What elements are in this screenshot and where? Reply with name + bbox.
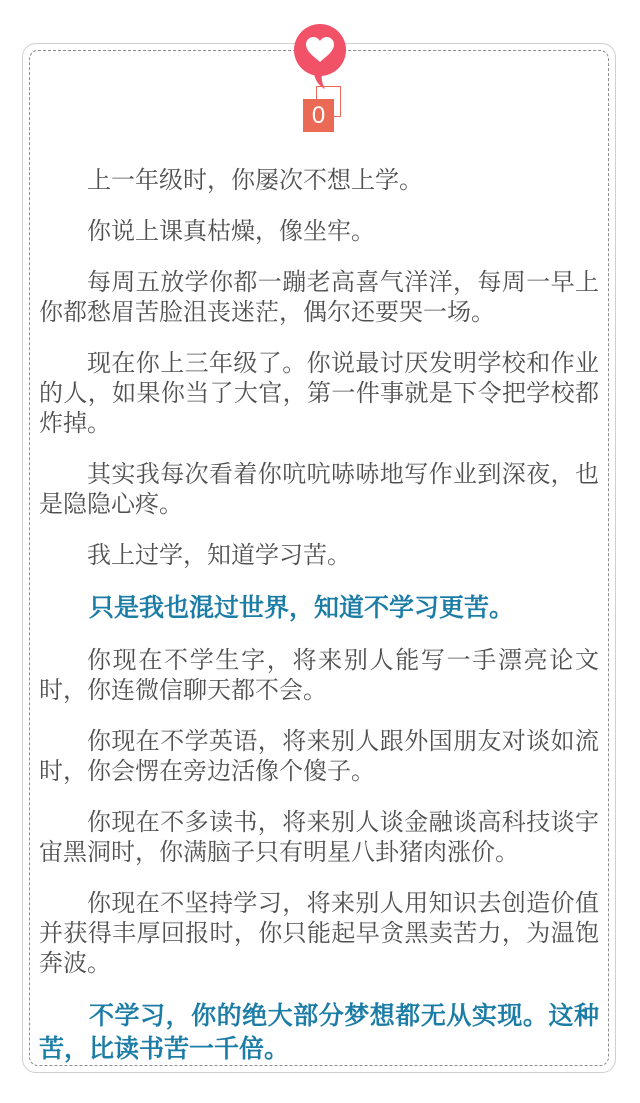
chapter-badge: 0 bbox=[303, 86, 341, 132]
paragraph: 我上过学，知道学习苦。 bbox=[39, 541, 599, 571]
paragraph: 你说上课真枯燥，像坐牢。 bbox=[39, 217, 599, 247]
paragraph: 你现在不学英语，将来别人跟外国朋友对谈如流时，你会愣在旁边活像个傻子。 bbox=[39, 727, 599, 787]
paragraph: 现在你上三年级了。你说最讨厌发明学校和作业的人，如果你当了大官，第一件事就是下令… bbox=[39, 349, 599, 439]
article-page: 0 上一年级时，你屡次不想上学。你说上课真枯燥，像坐牢。每周五放学你都一蹦老高喜… bbox=[0, 0, 640, 1103]
chapter-number: 0 bbox=[303, 99, 334, 132]
paragraph: 你现在不坚持学习，将来别人用知识去创造价值并获得丰厚回报时，你只能起早贪黑卖苦力… bbox=[39, 889, 599, 979]
paragraph: 其实我每次看着你吭吭哧哧地写作业到深夜，也是隐隐心疼。 bbox=[39, 460, 599, 520]
heart-speech-bubble-icon bbox=[291, 24, 349, 90]
paragraph: 你现在不学生字，将来别人能写一手漂亮论文时，你连微信聊天都不会。 bbox=[39, 646, 599, 706]
paragraph: 每周五放学你都一蹦老高喜气洋洋，每周一早上你都愁眉苦脸沮丧迷茫，偶尔还要哭一场。 bbox=[39, 268, 599, 328]
emphasis-paragraph: 只是我也混过世界，知道不学习更苦。 bbox=[39, 592, 599, 625]
paragraph: 你现在不多读书，将来别人谈金融谈高科技谈宇宙黑洞时，你满脑子只有明星八卦猪肉涨价… bbox=[39, 808, 599, 868]
paragraph: 上一年级时，你屡次不想上学。 bbox=[39, 166, 599, 196]
content-card: 0 上一年级时，你屡次不想上学。你说上课真枯燥，像坐牢。每周五放学你都一蹦老高喜… bbox=[22, 43, 616, 1073]
article-body: 上一年级时，你屡次不想上学。你说上课真枯燥，像坐牢。每周五放学你都一蹦老高喜气洋… bbox=[39, 166, 599, 1087]
emphasis-paragraph: 不学习，你的绝大部分梦想都无从实现。这种苦，比读书苦一千倍。 bbox=[39, 1000, 599, 1066]
